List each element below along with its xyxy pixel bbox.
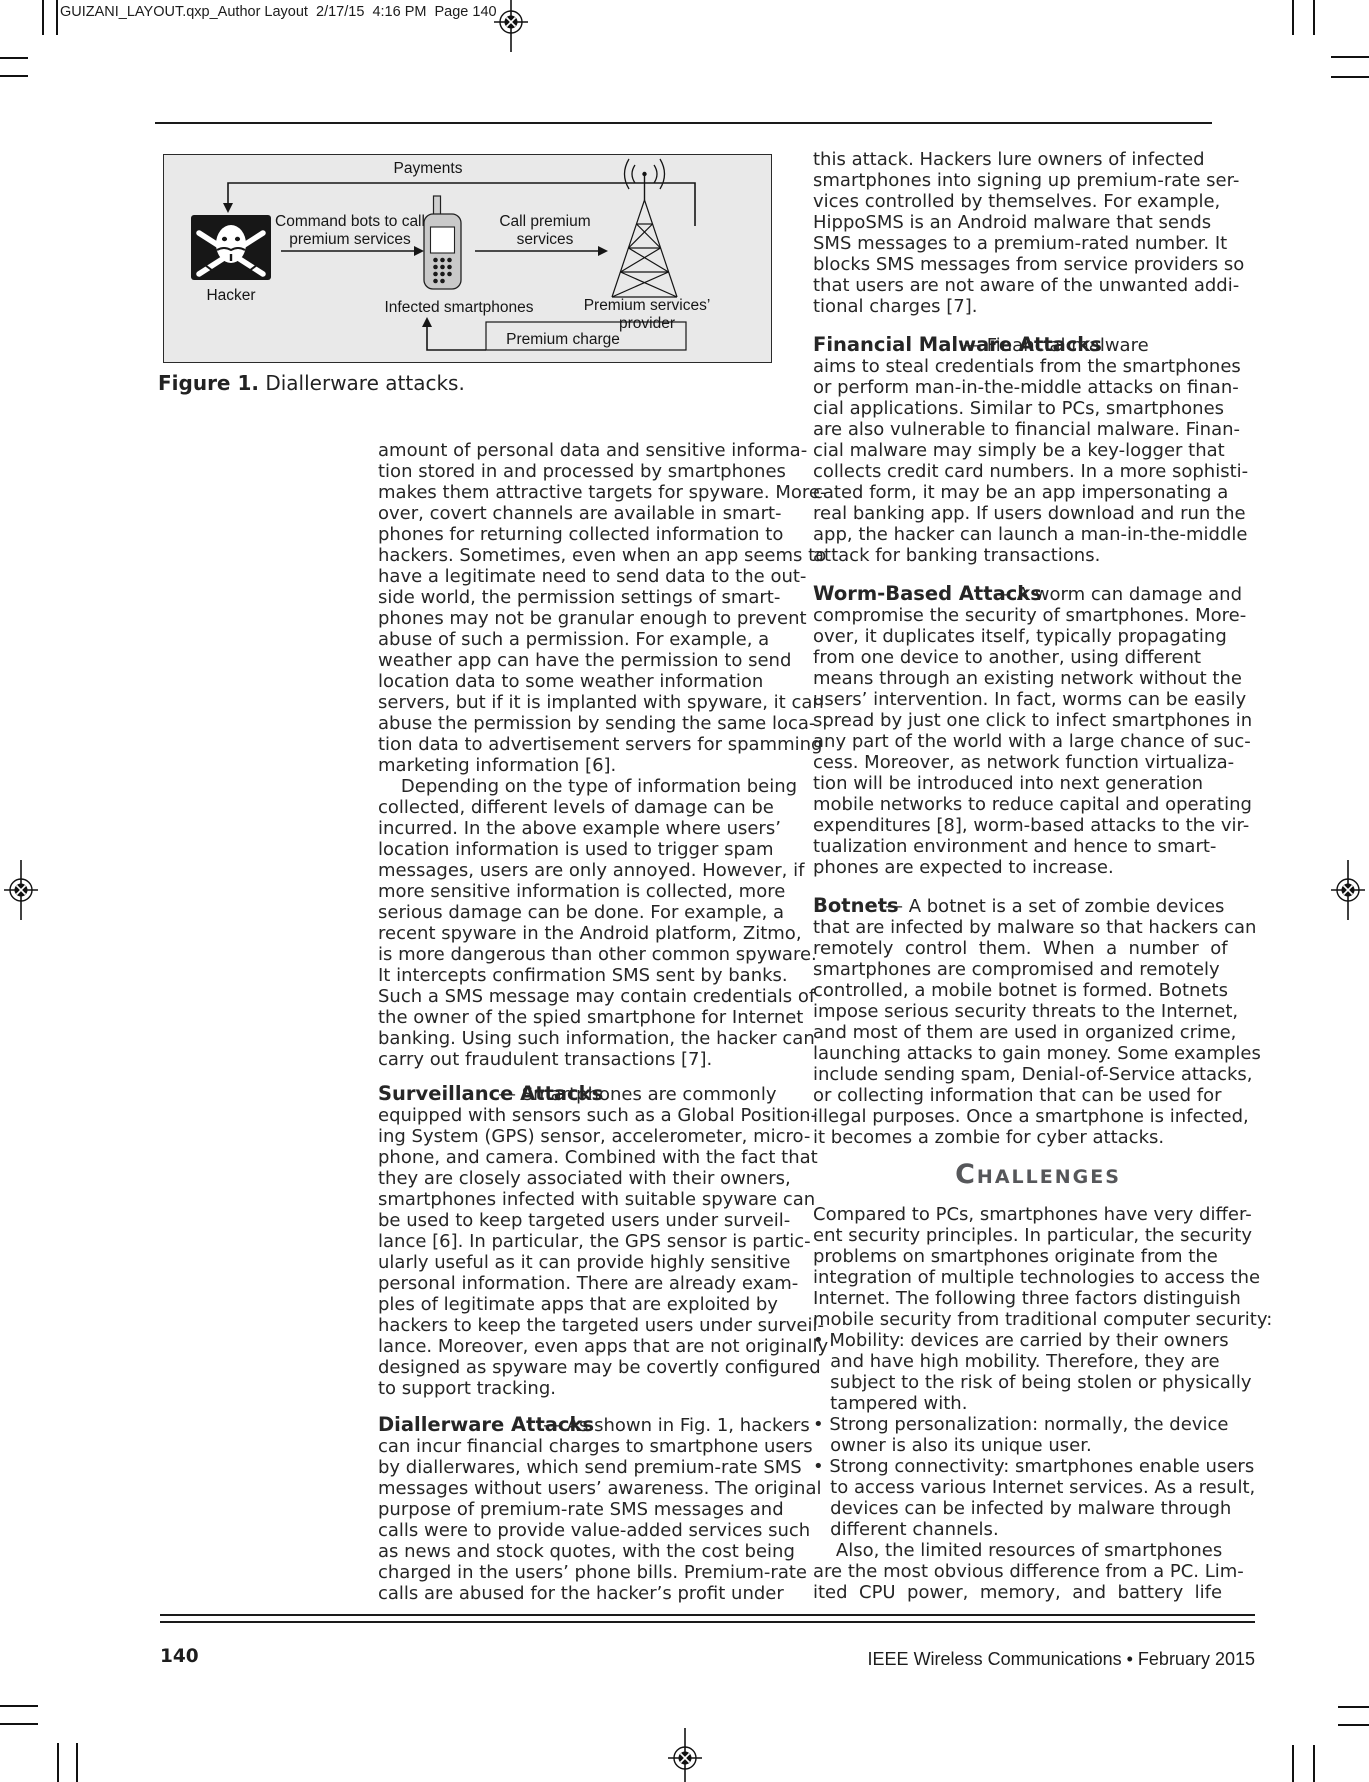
text-line: cated form, it may be an app impersonati… bbox=[813, 482, 1263, 503]
text-line: devices can be infected by malware throu… bbox=[813, 1498, 1263, 1519]
runin-heading-paragraph: Worm-Based Attacks— A worm can damage an… bbox=[813, 584, 1263, 878]
registration-mark-icon bbox=[1318, 860, 1369, 920]
text-line: collects credit card numbers. In a more … bbox=[813, 461, 1263, 482]
text-line: tion data to advertisement servers for s… bbox=[378, 734, 718, 755]
text-line: that users are not aware of the unwanted… bbox=[813, 275, 1263, 296]
text-line: Worm-Based Attacks— A worm can damage an… bbox=[813, 584, 1263, 605]
footer-rule bbox=[160, 1621, 1255, 1623]
text-line: phones may not be granular enough to pre… bbox=[378, 608, 718, 629]
text-line: they are closely associated with their o… bbox=[378, 1168, 718, 1189]
text-line: app, the hacker can launch a man-in-the-… bbox=[813, 524, 1263, 545]
body-paragraph: Compared to PCs, smartphones have very d… bbox=[813, 1204, 1263, 1603]
text-line: tion will be introduced into next genera… bbox=[813, 773, 1263, 794]
payments-label: Payments bbox=[394, 160, 463, 177]
crop-mark bbox=[1292, 0, 1294, 35]
provider-label-line1: Premium services’ bbox=[584, 297, 711, 314]
text-line: SMS messages to a premium-rated number. … bbox=[813, 233, 1263, 254]
text-line: Surveillance Attacks— Smartphones are co… bbox=[378, 1084, 718, 1105]
text-line: Compared to PCs, smartphones have very d… bbox=[813, 1204, 1263, 1225]
infected-smartphones-label: Infected smartphones bbox=[384, 299, 533, 316]
text-line: blocks SMS messages from service provide… bbox=[813, 254, 1263, 275]
text-line: mobile networks to reduce capital and op… bbox=[813, 794, 1263, 815]
text-line: controlled, a mobile botnet is formed. B… bbox=[813, 980, 1263, 1001]
section-heading-initial: C bbox=[955, 1159, 977, 1190]
command-label-line1: Command bots to call bbox=[275, 213, 425, 230]
text-line: to access various Internet services. As … bbox=[813, 1477, 1263, 1498]
text-line: tional charges [7]. bbox=[813, 296, 1263, 317]
figure-1-diagram: Payments Hacker Command bots to call pre… bbox=[163, 154, 772, 363]
arrowhead-right-icon bbox=[414, 246, 424, 256]
premium-charge-arrow bbox=[427, 326, 486, 350]
call-label-line2: services bbox=[517, 231, 574, 248]
text-line: marketing information [6]. bbox=[378, 755, 718, 776]
text-line: calls are abused for the hacker’s profit… bbox=[378, 1583, 718, 1604]
footer-rule bbox=[160, 1614, 1255, 1616]
arrowhead-down-icon bbox=[223, 203, 233, 213]
text-line: calls were to provide value-added servic… bbox=[378, 1520, 718, 1541]
text-line: compromise the security of smartphones. … bbox=[813, 605, 1263, 626]
text-line: tion stored in and processed by smartpho… bbox=[378, 461, 718, 482]
text-line: illegal purposes. Once a smartphone is i… bbox=[813, 1106, 1263, 1127]
text-line: as news and stock quotes, with the cost … bbox=[378, 1541, 718, 1562]
crop-mark bbox=[1331, 56, 1369, 58]
text-line: personal information. There are already … bbox=[378, 1273, 718, 1294]
text-line: tualization environment and hence to sma… bbox=[813, 836, 1263, 857]
text-line: problems on smartphones originate from t… bbox=[813, 1246, 1263, 1267]
text-line: Diallerware Attacks— As shown in Fig. 1,… bbox=[378, 1415, 718, 1436]
text-line: users’ intervention. In fact, worms can … bbox=[813, 689, 1263, 710]
text-line: integration of multiple technologies to … bbox=[813, 1267, 1263, 1288]
text-line: can incur financial charges to smartphon… bbox=[378, 1436, 718, 1457]
crop-mark bbox=[1331, 76, 1369, 78]
text-line: or perform man-in-the-middle attacks on … bbox=[813, 377, 1263, 398]
crop-mark bbox=[1292, 1745, 1294, 1782]
text-line: by diallerwares, which send premium-rate… bbox=[378, 1457, 718, 1478]
text-line: • Strong personalization: normally, the … bbox=[813, 1414, 1263, 1435]
text-line: Botnets— A botnet is a set of zombie dev… bbox=[813, 896, 1263, 917]
registration-mark-icon bbox=[655, 1728, 715, 1782]
cell-tower-icon bbox=[612, 159, 677, 297]
left-column: amount of personal data and sensitive in… bbox=[378, 440, 718, 1604]
header-rule bbox=[155, 122, 1212, 124]
text-line: collected, different levels of damage ca… bbox=[378, 797, 718, 818]
command-label-line2: premium services bbox=[289, 231, 411, 248]
body-paragraph: this attack. Hackers lure owners of infe… bbox=[813, 149, 1263, 317]
text-line: real banking app. If users download and … bbox=[813, 503, 1263, 524]
section-heading-rest: HALLENGES bbox=[977, 1166, 1121, 1188]
text-line: ples of legitimate apps that are exploit… bbox=[378, 1294, 718, 1315]
body-paragraph: Depending on the type of information bei… bbox=[378, 776, 718, 1070]
text-line: smartphones into signing up premium-rate… bbox=[813, 170, 1263, 191]
text-line: or collecting information that can be us… bbox=[813, 1085, 1263, 1106]
crop-mark bbox=[76, 1743, 78, 1782]
runin-heading-rest: — A worm can damage and bbox=[993, 584, 1242, 605]
runin-heading-paragraph: Botnets— A botnet is a set of zombie dev… bbox=[813, 896, 1263, 1148]
text-line: this attack. Hackers lure owners of infe… bbox=[813, 149, 1263, 170]
text-line: lance. Moreover, even apps that are not … bbox=[378, 1336, 718, 1357]
text-line: location information is used to trigger … bbox=[378, 839, 718, 860]
crop-mark bbox=[0, 57, 28, 59]
premium-charge-label: Premium charge bbox=[506, 331, 620, 348]
text-line: Also, the limited resources of smartphon… bbox=[813, 1540, 1263, 1561]
text-line: hackers. Sometimes, even when an app see… bbox=[378, 545, 718, 566]
text-line: the owner of the spied smartphone for In… bbox=[378, 1007, 718, 1028]
text-line: ited CPU power, memory, and battery life bbox=[813, 1582, 1263, 1603]
runin-heading-rest: — Smartphones are commonly bbox=[498, 1084, 776, 1105]
hacker-label: Hacker bbox=[206, 287, 255, 304]
text-line: ularly useful as it can provide highly s… bbox=[378, 1252, 718, 1273]
text-line: abuse of such a permission. For example,… bbox=[378, 629, 718, 650]
text-line: attack for banking transactions. bbox=[813, 545, 1263, 566]
text-line: It intercepts confirmation SMS sent by b… bbox=[378, 965, 718, 986]
smartphone-icon bbox=[424, 196, 461, 289]
text-line: location data to some weather informatio… bbox=[378, 671, 718, 692]
text-line: from one device to another, using differ… bbox=[813, 647, 1263, 668]
runin-heading-rest: — As shown in Fig. 1, hackers bbox=[543, 1415, 810, 1436]
text-line: to support tracking. bbox=[378, 1378, 718, 1399]
runin-heading-paragraph: Financial Malware Attacks— Financial mal… bbox=[813, 335, 1263, 566]
text-line: banking. Using such information, the hac… bbox=[378, 1028, 718, 1049]
text-line: aims to steal credentials from the smart… bbox=[813, 356, 1263, 377]
text-line: lance [6]. In particular, the GPS sensor… bbox=[378, 1231, 718, 1252]
text-line: charged in the users’ phone bills. Premi… bbox=[378, 1562, 718, 1583]
registration-mark-icon bbox=[0, 860, 51, 920]
figure-caption-text: Diallerware attacks. bbox=[259, 371, 465, 395]
text-line: and most of them are used in organized c… bbox=[813, 1022, 1263, 1043]
figure-caption: Figure 1. Diallerware attacks. bbox=[158, 371, 465, 395]
crop-mark bbox=[56, 0, 58, 35]
crop-mark bbox=[57, 1743, 59, 1782]
text-line: cial applications. Similar to PCs, smart… bbox=[813, 398, 1263, 419]
crop-mark bbox=[42, 0, 44, 35]
text-line: messages without users’ awareness. The o… bbox=[378, 1478, 718, 1499]
call-label-line1: Call premium bbox=[499, 213, 590, 230]
page-number: 140 bbox=[160, 1646, 199, 1667]
crop-mark bbox=[0, 1705, 38, 1707]
crop-mark bbox=[0, 1723, 38, 1725]
text-line: are also vulnerable to financial malware… bbox=[813, 419, 1263, 440]
crop-mark bbox=[1313, 0, 1315, 35]
text-line: Financial Malware Attacks— Financial mal… bbox=[813, 335, 1263, 356]
text-line: include sending spam, Denial-of-Service … bbox=[813, 1064, 1263, 1085]
text-line: hackers to keep the targeted users under… bbox=[378, 1315, 718, 1336]
text-line: owner is also its unique user. bbox=[813, 1435, 1263, 1456]
text-line: purpose of premium-rate SMS messages and bbox=[378, 1499, 718, 1520]
text-line: • Strong connectivity: smartphones enabl… bbox=[813, 1456, 1263, 1477]
right-column: this attack. Hackers lure owners of infe… bbox=[813, 149, 1263, 1603]
text-line: means through an existing network withou… bbox=[813, 668, 1263, 689]
text-line: over, covert channels are available in s… bbox=[378, 503, 718, 524]
text-line: over, it duplicates itself, typically pr… bbox=[813, 626, 1263, 647]
text-line: carry out fraudulent transactions [7]. bbox=[378, 1049, 718, 1070]
text-line: spread by just one click to infect smart… bbox=[813, 710, 1263, 731]
text-line: abuse the permission by sending the same… bbox=[378, 713, 718, 734]
text-line: incurred. In the above example where use… bbox=[378, 818, 718, 839]
text-line: launching attacks to gain money. Some ex… bbox=[813, 1043, 1263, 1064]
text-line: smartphones infected with suitable spywa… bbox=[378, 1189, 718, 1210]
text-line: that are infected by malware so that hac… bbox=[813, 917, 1263, 938]
text-line: designed as spyware may be covertly conf… bbox=[378, 1357, 718, 1378]
text-line: equipped with sensors such as a Global P… bbox=[378, 1105, 718, 1126]
text-line: be used to keep targeted users under sur… bbox=[378, 1210, 718, 1231]
crop-mark bbox=[1338, 1706, 1369, 1708]
text-line: and have high mobility. Therefore, they … bbox=[813, 1351, 1263, 1372]
print-header: GUIZANI_LAYOUT.qxp_Author Layout 2/17/15… bbox=[60, 4, 497, 20]
arrowhead-up-icon bbox=[422, 317, 432, 327]
text-line: servers, but if it is implanted with spy… bbox=[378, 692, 718, 713]
text-line: smartphones are compromised and remotely bbox=[813, 959, 1263, 980]
text-line: HippoSMS is an Android malware that send… bbox=[813, 212, 1263, 233]
text-line: recent spyware in the Android platform, … bbox=[378, 923, 718, 944]
text-line: ent security principles. In particular, … bbox=[813, 1225, 1263, 1246]
text-line: cess. Moreover, as network function virt… bbox=[813, 752, 1263, 773]
crop-mark bbox=[0, 75, 28, 77]
text-line: are the most obvious difference from a P… bbox=[813, 1561, 1263, 1582]
text-line: serious damage can be done. For example,… bbox=[378, 902, 718, 923]
text-line: any part of the world with a large chanc… bbox=[813, 731, 1263, 752]
text-line: • Mobility: devices are carried by their… bbox=[813, 1330, 1263, 1351]
runin-heading-rest: — A botnet is a set of zombie devices bbox=[885, 896, 1224, 917]
text-line: phones for returning collected informati… bbox=[378, 524, 718, 545]
text-line: side world, the permission settings of s… bbox=[378, 587, 718, 608]
diallerware-diagram: Payments Hacker Command bots to call pre… bbox=[163, 154, 772, 363]
journal-footer: IEEE Wireless Communications • February … bbox=[868, 1649, 1255, 1670]
crop-mark bbox=[1313, 1745, 1315, 1782]
text-line: different channels. bbox=[813, 1519, 1263, 1540]
text-line: messages, users are only annoyed. Howeve… bbox=[378, 860, 718, 881]
body-paragraph: amount of personal data and sensitive in… bbox=[378, 440, 718, 776]
text-line: expenditures [8], worm-based attacks to … bbox=[813, 815, 1263, 836]
text-line: ing System (GPS) sensor, accelerometer, … bbox=[378, 1126, 718, 1147]
text-line: Internet. The following three factors di… bbox=[813, 1288, 1263, 1309]
text-line: it becomes a zombie for cyber attacks. bbox=[813, 1127, 1263, 1148]
text-line: impose serious security threats to the I… bbox=[813, 1001, 1263, 1022]
runin-heading-rest: — Financial malware bbox=[963, 335, 1149, 356]
text-line: have a legitimate need to send data to t… bbox=[378, 566, 718, 587]
text-line: more sensitive information is collected,… bbox=[378, 881, 718, 902]
crop-mark bbox=[1338, 1724, 1369, 1726]
registration-mark-icon bbox=[481, 0, 541, 52]
text-line: vices controlled by themselves. For exam… bbox=[813, 191, 1263, 212]
text-line: subject to the risk of being stolen or p… bbox=[813, 1372, 1263, 1393]
text-line: weather app can have the permission to s… bbox=[378, 650, 718, 671]
text-line: Depending on the type of information bei… bbox=[378, 776, 718, 797]
text-line: makes them attractive targets for spywar… bbox=[378, 482, 718, 503]
runin-heading-paragraph: Diallerware Attacks— As shown in Fig. 1,… bbox=[378, 1415, 718, 1604]
text-line: amount of personal data and sensitive in… bbox=[378, 440, 718, 461]
text-line: remotely control them. When a number of bbox=[813, 938, 1263, 959]
text-line: is more dangerous than other common spyw… bbox=[378, 944, 718, 965]
text-line: tampered with. bbox=[813, 1393, 1263, 1414]
text-line: phones are expected to increase. bbox=[813, 857, 1263, 878]
runin-heading-paragraph: Surveillance Attacks— Smartphones are co… bbox=[378, 1084, 718, 1399]
arrowhead-right-icon bbox=[598, 246, 608, 256]
hacker-icon bbox=[191, 215, 271, 280]
figure-caption-label: Figure 1. bbox=[158, 371, 259, 395]
text-line: phone, and camera. Combined with the fac… bbox=[378, 1147, 718, 1168]
page: { "colors": { "ink": "#262626", "figbg":… bbox=[0, 0, 1369, 1782]
section-heading: CHALLENGES bbox=[813, 1160, 1263, 1190]
provider-label-line2: provider bbox=[619, 315, 675, 332]
text-line: Such a SMS message may contain credentia… bbox=[378, 986, 718, 1007]
text-line: cial malware may simply be a key-logger … bbox=[813, 440, 1263, 461]
text-line: mobile security from traditional compute… bbox=[813, 1309, 1263, 1330]
